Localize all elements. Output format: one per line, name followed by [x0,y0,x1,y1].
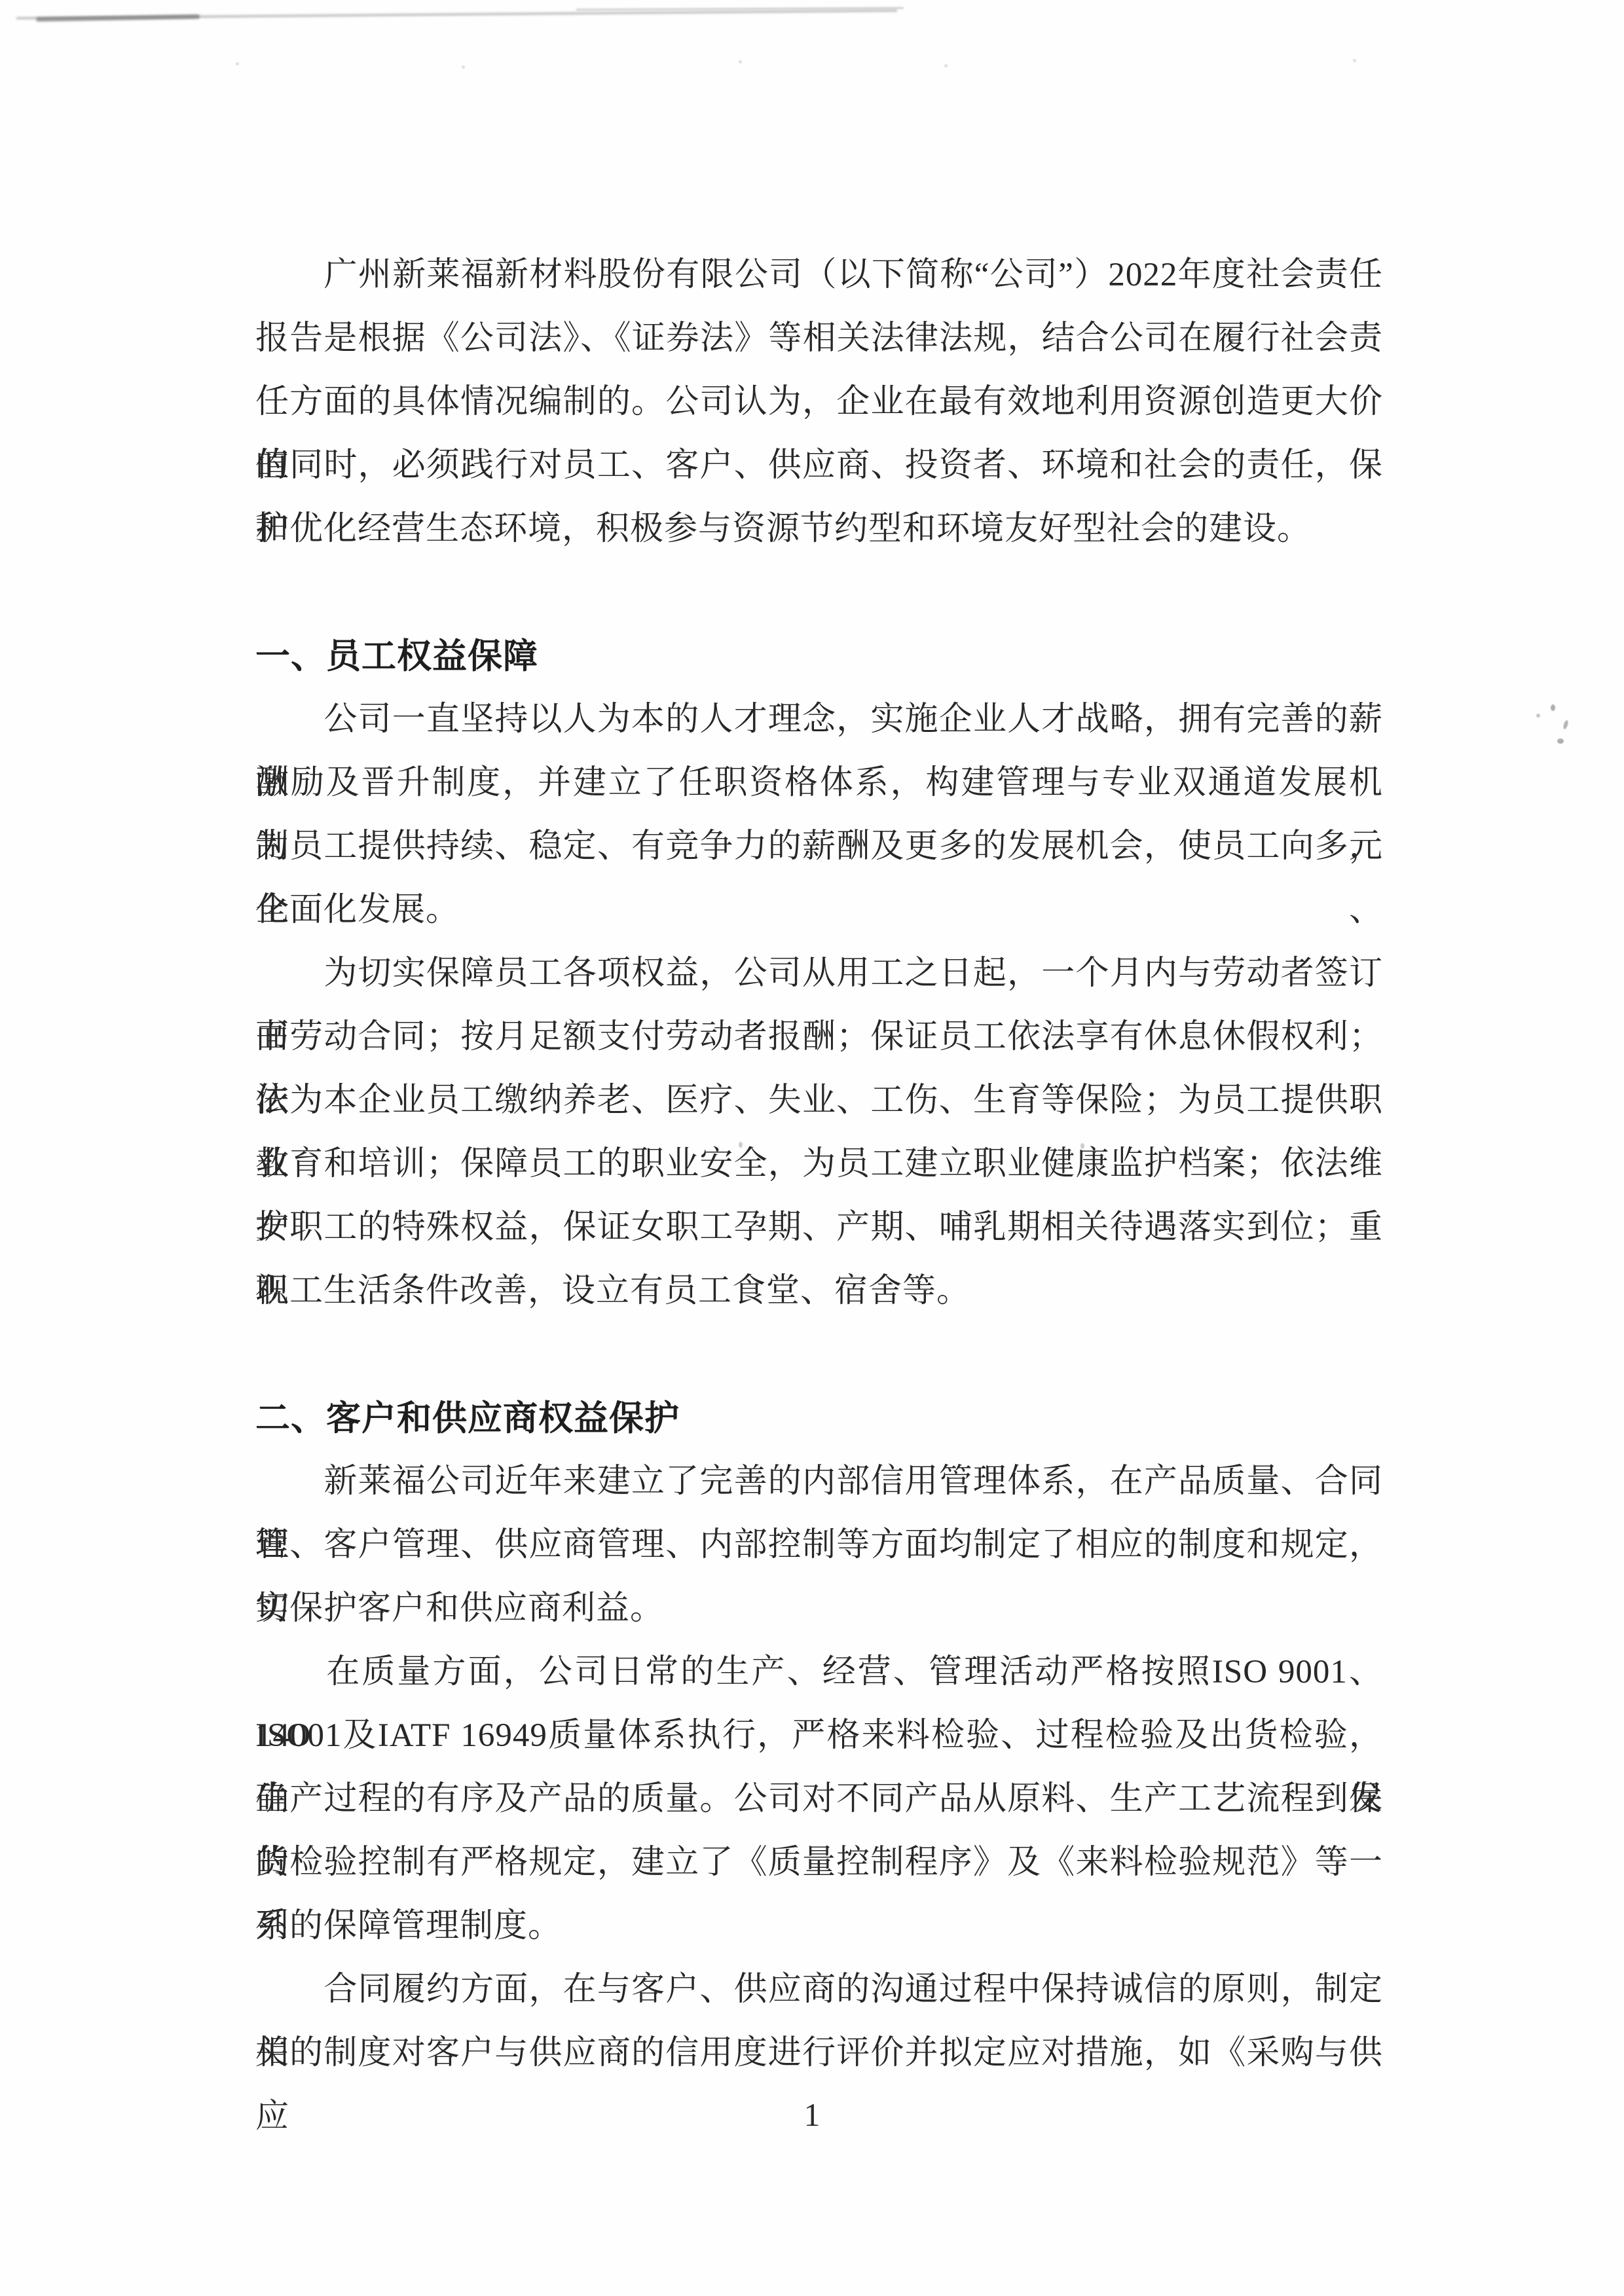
page-number: 1 [0,2083,1624,2147]
text-line: 在质量方面，公司日常的生产、经营、管理活动严格按照ISO 9001、ISO [255,1641,1383,1704]
text-line: 面劳动合同；按月足额支付劳动者报酬；保证员工依法享有休息休假权利；依 [255,1006,1383,1069]
text-line: 14001及IATF 16949质量体系执行，严格来料检验、过程检验及出货检验，… [255,1704,1383,1768]
text-line: 女职工的特殊权益，保证女职工孕期、产期、哺乳期相关待遇落实到位；重视 [255,1196,1383,1260]
text-line: 合同履约方面，在与客户、供应商的沟通过程中保持诚信的原则，制定相 [255,1958,1383,2022]
text-line: 为切实保障员工各项权益，公司从用工之日起，一个月内与劳动者签订书 [255,942,1383,1006]
text-line: 和优化经营生态环境，积极参与资源节约型和环境友好型社会的建设。 [255,498,1383,561]
text-line: 激励及晋升制度，并建立了任职资格体系，构建管理与专业双通道发展机制， [255,752,1383,815]
text-line: 职工生活条件改善，设立有员工食堂、宿舍等。 [255,1260,1383,1323]
text-line: 任方面的具体情况编制的。公司认为，企业在最有效地利用资源创造更大价值 [255,371,1383,434]
scan-speck-artifact [462,65,465,69]
scan-streak-artifact [16,9,897,20]
section-2-heading: 二、客户和供应商权益保护 [255,1387,1383,1450]
scanned-document-page: 广州新莱福新材料股份有限公司（以下简称“公司”）2022年度社会责任 报告是根据… [0,0,1624,2296]
scan-speck-artifact [739,60,742,64]
text-line: 公司一直坚持以人为本的人才理念，实施企业人才战略，拥有完善的薪酬 [255,688,1383,752]
text-line: 理、客户管理、供应商管理、内部控制等方面均制定了相应的制度和规定，切 [255,1514,1383,1577]
text-line: 为员工提供持续、稳定、有竞争力的薪酬及更多的发展机会，使员工向多元化、 [255,815,1383,879]
text-line: 实保护客户和供应商利益。 [255,1577,1383,1641]
scan-speck-artifact [1536,714,1540,718]
scan-speck-artifact [1353,59,1356,62]
text-line: 教育和培训；保障员工的职业安全，为员工建立职业健康监护档案；依法维护 [255,1133,1383,1196]
text-line: 法为本企业员工缴纳养老、医疗、失业、工伤、生育等保险；为员工提供职业 [255,1069,1383,1133]
scan-speck-artifact [1557,738,1564,744]
text-line: 新莱福公司近年来建立了完善的内部信用管理体系，在产品质量、合同管 [255,1450,1383,1514]
text-line: 的检验控制有严格规定，建立了《质量控制程序》及《来料检验规范》等一系 [255,1831,1383,1895]
text-line: 列的保障管理制度。 [255,1895,1383,1958]
text-line: 关的制度对客户与供应商的信用度进行评价并拟定应对措施，如《采购与供应 [255,2022,1383,2085]
text-line: 报告是根据《公司法》、《证券法》等相关法律法规，结合公司在履行社会责 [255,307,1383,371]
text-line: 生产过程的有序及产品的质量。公司对不同产品从原料、生产工艺流程到发货 [255,1768,1383,1831]
scan-streak-right-artifact [576,7,904,11]
scan-speck-artifact [1551,704,1555,711]
text-line: 广州新莱福新材料股份有限公司（以下简称“公司”）2022年度社会责任 [255,244,1383,307]
scan-streak-dark-artifact [36,14,200,22]
report-body-text: 广州新莱福新材料股份有限公司（以下简称“公司”）2022年度社会责任 报告是根据… [255,244,1383,2085]
text-line: 的同时，必须践行对员工、客户、供应商、投资者、环境和社会的责任，保护 [255,434,1383,498]
scan-speck-artifact [236,62,239,65]
scan-speck-artifact [944,64,948,67]
section-1-heading: 一、员工权益保障 [255,625,1383,688]
scan-speck-artifact [1562,720,1569,729]
